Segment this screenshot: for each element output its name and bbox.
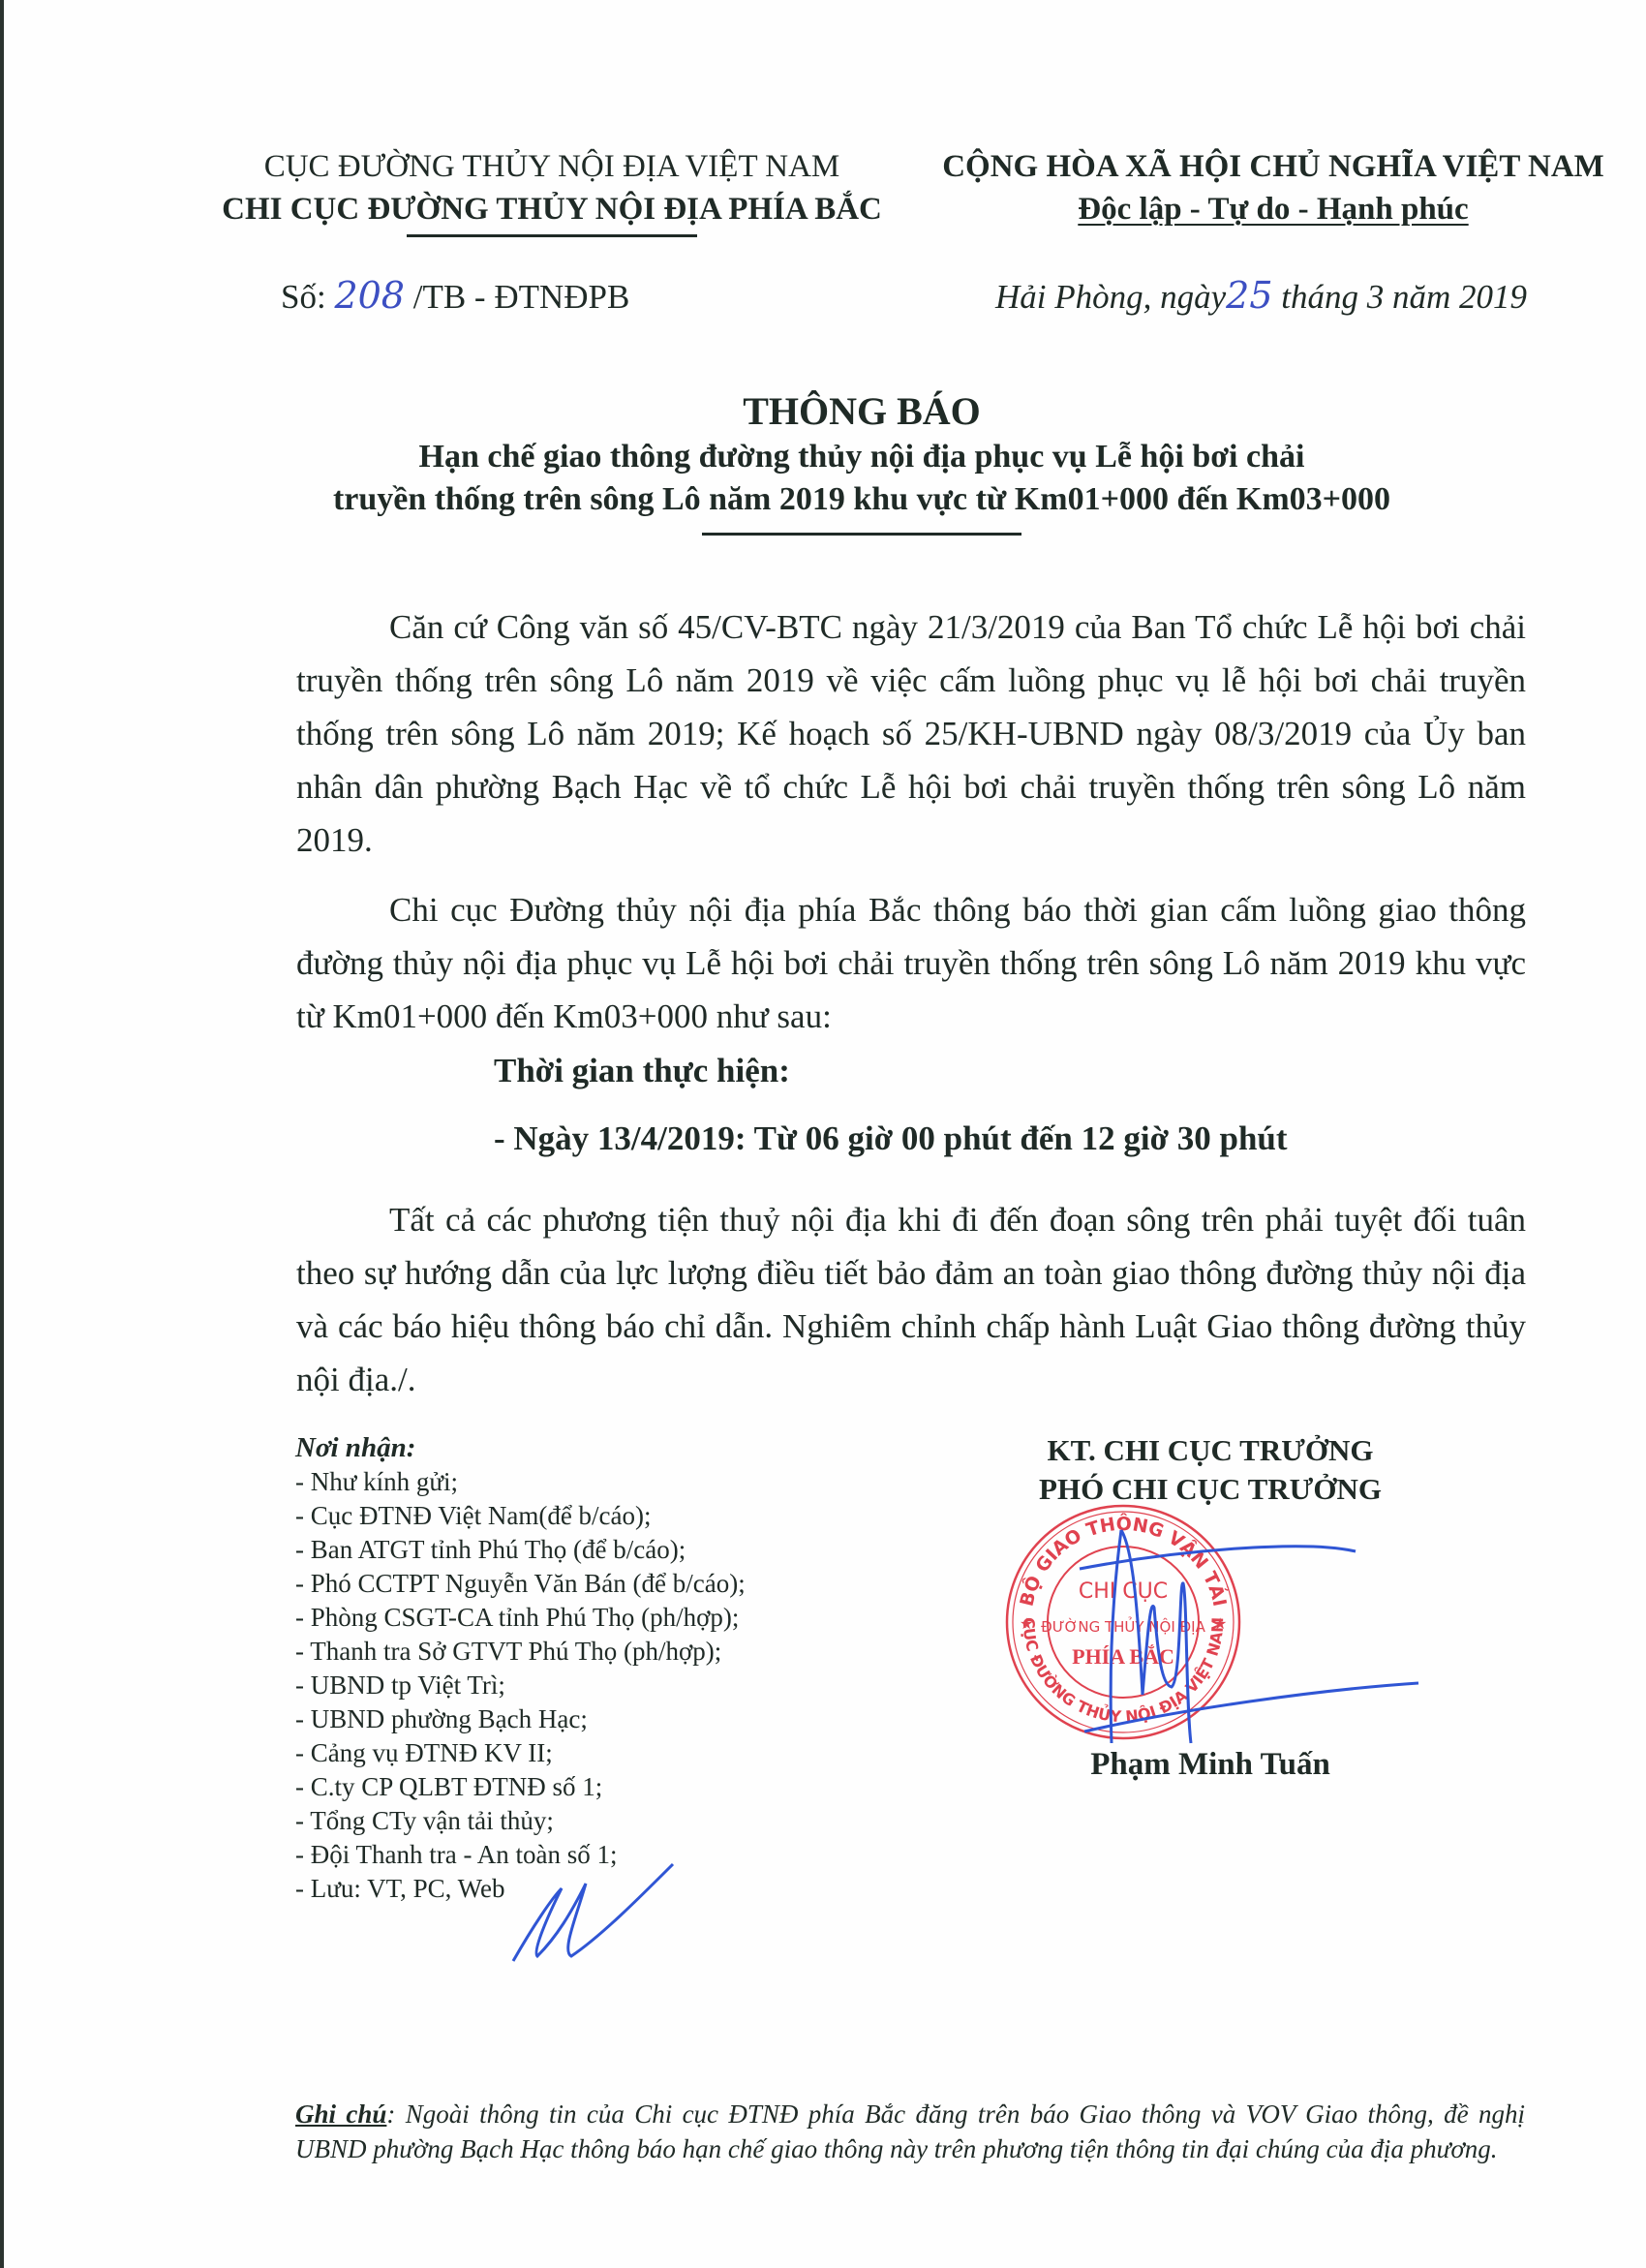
agency-header: CỤC ĐƯỜNG THỦY NỘI ĐỊA VIỆT NAM CHI CỤC …: [174, 145, 930, 237]
signer-name: Phạm Minh Tuấn: [968, 1747, 1452, 1783]
initials-signature: [503, 1859, 678, 1976]
country-name: CỘNG HÒA XÃ HỘI CHỦ NGHĨA VIỆT NAM: [900, 145, 1646, 188]
recipient-item: - Thanh tra Sở GTVT Phú Thọ (ph/hợp);: [295, 1635, 746, 1669]
reference-prefix: Số:: [281, 278, 326, 316]
date-prefix: Hải Phòng, ngày: [995, 278, 1226, 316]
reference-suffix: /TB - ĐTNĐPB: [413, 278, 630, 316]
recipient-item: - UBND tp Việt Trì;: [295, 1669, 746, 1702]
execution-time: - Ngày 13/4/2019: Từ 06 giờ 00 phút đến …: [494, 1119, 1288, 1158]
title-divider: [702, 533, 1021, 536]
recipient-item: - UBND phường Bạch Hạc;: [295, 1702, 746, 1736]
recipient-item: - Cục ĐTNĐ Việt Nam(để b/cáo);: [295, 1499, 746, 1533]
document-page: CỤC ĐƯỜNG THỦY NỘI ĐỊA VIỆT NAM CHI CỤC …: [0, 0, 1646, 2268]
notice-subtitle-line2: truyền thống trên sông Lô năm 2019 khu v…: [174, 478, 1549, 521]
recipient-item: - Phòng CSGT-CA tỉnh Phú Thọ (ph/hợp);: [295, 1601, 746, 1635]
recipient-item: - C.ty CP QLBT ĐTNĐ số 1;: [295, 1770, 746, 1804]
sub-agency-name: CHI CỤC ĐƯỜNG THỦY NỘI ĐỊA PHÍA BẮC: [174, 188, 930, 230]
recipients-heading: Nơi nhận:: [295, 1431, 746, 1465]
agency-divider: [407, 234, 697, 237]
paragraph-basis: Căn cứ Công văn số 45/CV-BTC ngày 21/3/2…: [296, 600, 1526, 867]
notice-subtitle-line1: Hạn chế giao thông đường thủy nội địa ph…: [174, 436, 1549, 478]
issue-date: Hải Phòng, ngày25 tháng 3 năm 2019: [995, 274, 1527, 317]
recipients-list: Nơi nhận: - Như kính gửi; - Cục ĐTNĐ Việ…: [295, 1431, 746, 1906]
notice-title-block: THÔNG BÁO Hạn chế giao thông đường thủy …: [174, 387, 1549, 536]
recipient-item: - Như kính gửi;: [295, 1465, 746, 1499]
scan-edge: [0, 0, 4, 2268]
footnote: Ghi chú: Ngoài thông tin của Chi cục ĐTN…: [295, 2097, 1525, 2166]
recipient-item: - Ban ATGT tỉnh Phú Thọ (để b/cáo);: [295, 1533, 746, 1567]
footnote-label: Ghi chú: [295, 2099, 386, 2129]
national-header: CỘNG HÒA XÃ HỘI CHỦ NGHĨA VIỆT NAM Độc l…: [900, 145, 1646, 230]
notice-title: THÔNG BÁO: [174, 387, 1549, 436]
date-day-handwritten: 25: [1226, 274, 1272, 317]
svg-text:★: ★: [1020, 1616, 1033, 1633]
signature-block: KT. CHI CỤC TRƯỞNG PHÓ CHI CỤC TRƯỞNG: [968, 1431, 1452, 1509]
signature-title-1: KT. CHI CỤC TRƯỞNG: [968, 1431, 1452, 1470]
reference-number: Số: 208 /TB - ĐTNĐPB: [281, 274, 629, 317]
paragraph-announcement: Chi cục Đường thủy nội địa phía Bắc thôn…: [296, 883, 1526, 1043]
handwritten-signature: [1065, 1511, 1423, 1753]
recipient-item: - Cảng vụ ĐTNĐ KV II;: [295, 1736, 746, 1770]
recipient-item: - Tổng CTy vận tải thủy;: [295, 1804, 746, 1838]
footnote-text: : Ngoài thông tin của Chi cục ĐTNĐ phía …: [295, 2099, 1525, 2163]
paragraph-instructions: Tất cả các phương tiện thuỷ nội địa khi …: [296, 1193, 1526, 1406]
agency-name: CỤC ĐƯỜNG THỦY NỘI ĐỊA VIỆT NAM: [174, 145, 930, 188]
reference-number-handwritten: 208: [334, 274, 405, 317]
date-suffix: tháng 3 năm 2019: [1281, 278, 1527, 316]
national-motto: Độc lập - Tự do - Hạnh phúc: [1078, 192, 1468, 227]
recipient-item: - Phó CCTPT Nguyễn Văn Bán (để b/cáo);: [295, 1567, 746, 1601]
execution-heading: Thời gian thực hiện:: [494, 1052, 790, 1090]
